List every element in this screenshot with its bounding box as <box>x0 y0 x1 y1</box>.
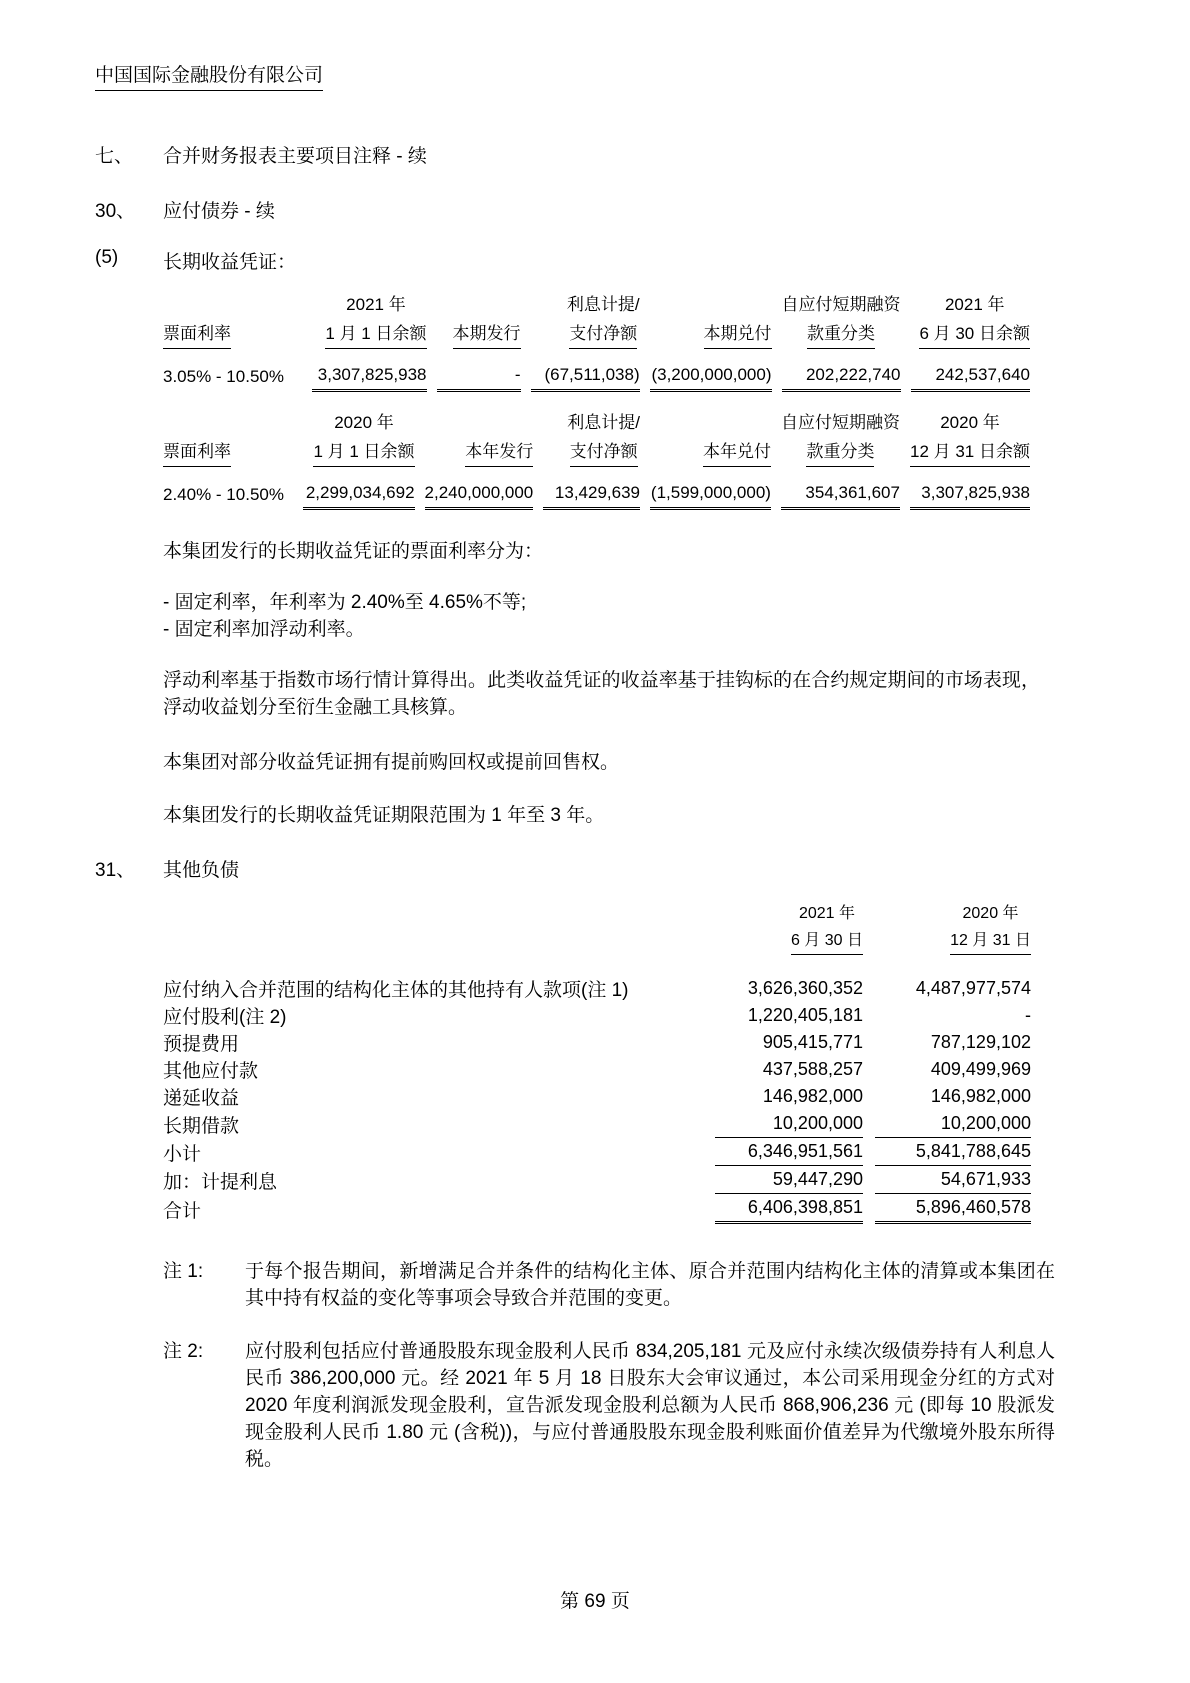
other-liabilities-heading: 31、 其他负债 <box>95 855 1190 882</box>
other-liabilities-number: 31、 <box>95 855 163 882</box>
column-header-top: 2020 年 <box>940 408 1000 437</box>
rate-list: - 固定利率，年利率为 2.40%至 4.65%不等; - 固定利率加浮动利率。 <box>163 589 1040 643</box>
note-1-label: 注 1: <box>163 1258 245 1312</box>
section-number: 七、 <box>95 141 163 168</box>
cell-value: 54,671,933 <box>875 1166 1031 1194</box>
cell-value: 10,200,000 <box>715 1110 863 1138</box>
column-header: 票面利率 <box>163 437 231 467</box>
row-label: 其他应付款 <box>163 1056 703 1083</box>
cell-value: 2,299,034,692 <box>303 467 415 510</box>
coupon-rate: 2.40% - 10.50% <box>163 467 293 510</box>
column-header: 票面利率 <box>163 319 231 349</box>
table-row: 加：计提利息 59,447,290 54,671,933 <box>163 1166 1031 1194</box>
coupon-rate: 3.05% - 10.50% <box>163 349 302 392</box>
column-header-top: 2021 年 <box>945 290 1005 319</box>
column-header-top: 利息计提/ <box>567 408 640 437</box>
column-header: 支付净额 <box>569 319 637 349</box>
row-label: 小计 <box>163 1138 703 1166</box>
note-1-text: 于每个报告期间，新增满足合并条件的结构化主体、原合并范围内结构化主体的清算或本集… <box>245 1258 1055 1312</box>
row-label: 合计 <box>163 1194 703 1224</box>
cell-value: 59,447,290 <box>715 1166 863 1194</box>
column-header-top: 自应付短期融资 <box>781 408 900 437</box>
item-title: 应付债券 - 续 <box>163 196 275 223</box>
row-label: 预提费用 <box>163 1029 703 1056</box>
note-2-text: 应付股利包括应付普通股股东现金股利人民币 834,205,181 元及应付永续次… <box>245 1338 1055 1473</box>
long-term-certificates-2021-table: 票面利率 2021 年1 月 1 日余额 本期发行 利息计提/支付净额 本期兑付… <box>153 290 1040 392</box>
total-row: 合计 6,406,398,851 5,896,460,578 <box>163 1194 1031 1224</box>
column-header: 款重分类 <box>807 319 875 349</box>
row-label: 应付纳入合并范围的结构化主体的其他持有人款项(注 1) <box>163 975 703 1002</box>
other-liabilities-table: 2021 年6 月 30 日 2020 年12 月 31 日 应付纳入合并范围的… <box>151 900 1043 1224</box>
sub-heading: (5) 长期收益凭证： <box>95 247 1190 274</box>
cell-value: 2,240,000,000 <box>425 467 534 510</box>
company-name: 中国国际金融股份有限公司 <box>95 60 323 91</box>
column-header-year: 2021 年 <box>799 900 855 927</box>
column-header-date: 12 月 31 日 <box>950 927 1031 955</box>
cell-value: 437,588,257 <box>715 1056 863 1083</box>
row-label: 应付股利(注 2) <box>163 1002 703 1029</box>
cell-value: 242,537,640 <box>911 349 1031 392</box>
cell-value: 202,222,740 <box>782 349 901 392</box>
table-row: 3.05% - 10.50% 3,307,825,938 - (67,511,0… <box>163 349 1030 392</box>
long-term-certificates-2020-table: 票面利率 2020 年1 月 1 日余额 本年发行 利息计提/支付净额 本年兑付… <box>153 408 1040 510</box>
cell-value: 10,200,000 <box>875 1110 1031 1138</box>
column-header-date: 6 月 30 日 <box>791 927 863 955</box>
cell-value: - <box>437 349 521 392</box>
item-heading: 30、 应付债券 - 续 <box>95 196 1190 223</box>
cell-value: 4,487,977,574 <box>875 975 1031 1002</box>
column-header-top: 2020 年 <box>334 408 394 437</box>
cell-value: 146,982,000 <box>715 1083 863 1110</box>
column-header: 12 月 31 日余额 <box>910 437 1030 467</box>
row-label: 递延收益 <box>163 1083 703 1110</box>
cell-value: 146,982,000 <box>875 1083 1031 1110</box>
table-row: 预提费用 905,415,771 787,129,102 <box>163 1029 1031 1056</box>
cell-value: 1,220,405,181 <box>715 1002 863 1029</box>
tables-block: 票面利率 2021 年1 月 1 日余额 本期发行 利息计提/支付净额 本期兑付… <box>163 290 1040 510</box>
column-header-top: 自应付短期融资 <box>782 290 901 319</box>
paragraph: 浮动利率基于指数市场行情计算得出。此类收益凭证的收益率基于挂钩标的在合约规定期间… <box>163 667 1040 721</box>
row-label: 加：计提利息 <box>163 1166 703 1194</box>
rate-list-item: - 固定利率加浮动利率。 <box>163 616 1040 643</box>
cell-value: 354,361,607 <box>781 467 900 510</box>
page-number: 第 69 页 <box>0 1586 1190 1613</box>
column-header: 本期发行 <box>453 319 521 349</box>
table-header-row: 票面利率 2020 年1 月 1 日余额 本年发行 利息计提/支付净额 本年兑付… <box>163 408 1030 467</box>
sub-title: 长期收益凭证： <box>163 247 296 274</box>
item-number: 30、 <box>95 196 163 223</box>
cell-value: 905,415,771 <box>715 1029 863 1056</box>
cell-value: - <box>875 1002 1031 1029</box>
note-1: 注 1: 于每个报告期间，新增满足合并条件的结构化主体、原合并范围内结构化主体的… <box>163 1258 1055 1312</box>
table-row: 应付纳入合并范围的结构化主体的其他持有人款项(注 1) 3,626,360,35… <box>163 975 1031 1002</box>
table-row: 递延收益 146,982,000 146,982,000 <box>163 1083 1031 1110</box>
cell-value: (1,599,000,000) <box>650 467 771 510</box>
table-row: 长期借款 10,200,000 10,200,000 <box>163 1110 1031 1138</box>
paragraph: 本集团发行的长期收益凭证的票面利率分为： <box>163 538 1040 565</box>
table-row: 应付股利(注 2) 1,220,405,181 - <box>163 1002 1031 1029</box>
note-2: 注 2: 应付股利包括应付普通股股东现金股利人民币 834,205,181 元及… <box>163 1338 1055 1473</box>
cell-value: 5,841,788,645 <box>875 1138 1031 1166</box>
document-page: 中国国际金融股份有限公司 七、 合并财务报表主要项目注释 - 续 30、 应付债… <box>0 0 1190 1683</box>
other-liabilities-title: 其他负债 <box>163 855 239 882</box>
column-header: 本期兑付 <box>704 319 772 349</box>
column-header: 支付净额 <box>570 437 638 467</box>
cell-value: 3,307,825,938 <box>910 467 1030 510</box>
column-header: 1 月 1 日余额 <box>313 437 414 467</box>
column-header: 6 月 30 日余额 <box>919 319 1030 349</box>
subtotal-row: 小计 6,346,951,561 5,841,788,645 <box>163 1138 1031 1166</box>
table-row: 2.40% - 10.50% 2,299,034,692 2,240,000,0… <box>163 467 1030 510</box>
paragraph: 本集团发行的长期收益凭证期限范围为 1 年至 3 年。 <box>163 802 1040 829</box>
cell-value: 787,129,102 <box>875 1029 1031 1056</box>
paragraph: 本集团对部分收益凭证拥有提前购回权或提前回售权。 <box>163 749 1040 776</box>
cell-value: 409,499,969 <box>875 1056 1031 1083</box>
section-title: 合并财务报表主要项目注释 - 续 <box>163 141 427 168</box>
cell-value: 5,896,460,578 <box>875 1194 1031 1224</box>
section-heading: 七、 合并财务报表主要项目注释 - 续 <box>95 141 1190 168</box>
table-row: 其他应付款 437,588,257 409,499,969 <box>163 1056 1031 1083</box>
column-header: 款重分类 <box>806 437 874 467</box>
cell-value: 6,346,951,561 <box>715 1138 863 1166</box>
cell-value: (3,200,000,000) <box>650 349 772 392</box>
cell-value: 3,626,360,352 <box>715 975 863 1002</box>
column-header: 本年兑付 <box>703 437 771 467</box>
column-header-top: 利息计提/ <box>567 290 640 319</box>
rate-list-item: - 固定利率，年利率为 2.40%至 4.65%不等; <box>163 589 1040 616</box>
row-label: 长期借款 <box>163 1110 703 1138</box>
table-header-row: 票面利率 2021 年1 月 1 日余额 本期发行 利息计提/支付净额 本期兑付… <box>163 290 1030 349</box>
cell-value: (67,511,038) <box>531 349 640 392</box>
note-2-label: 注 2: <box>163 1338 245 1473</box>
column-header-top: 2021 年 <box>346 290 406 319</box>
table-header-row: 2021 年6 月 30 日 2020 年12 月 31 日 <box>163 900 1031 975</box>
column-header-year: 2020 年 <box>963 900 1019 927</box>
column-header: 本年发行 <box>465 437 533 467</box>
sub-number: (5) <box>95 247 163 274</box>
cell-value: 6,406,398,851 <box>715 1194 863 1224</box>
column-header: 1 月 1 日余额 <box>325 319 426 349</box>
cell-value: 13,429,639 <box>543 467 640 510</box>
cell-value: 3,307,825,938 <box>312 349 427 392</box>
